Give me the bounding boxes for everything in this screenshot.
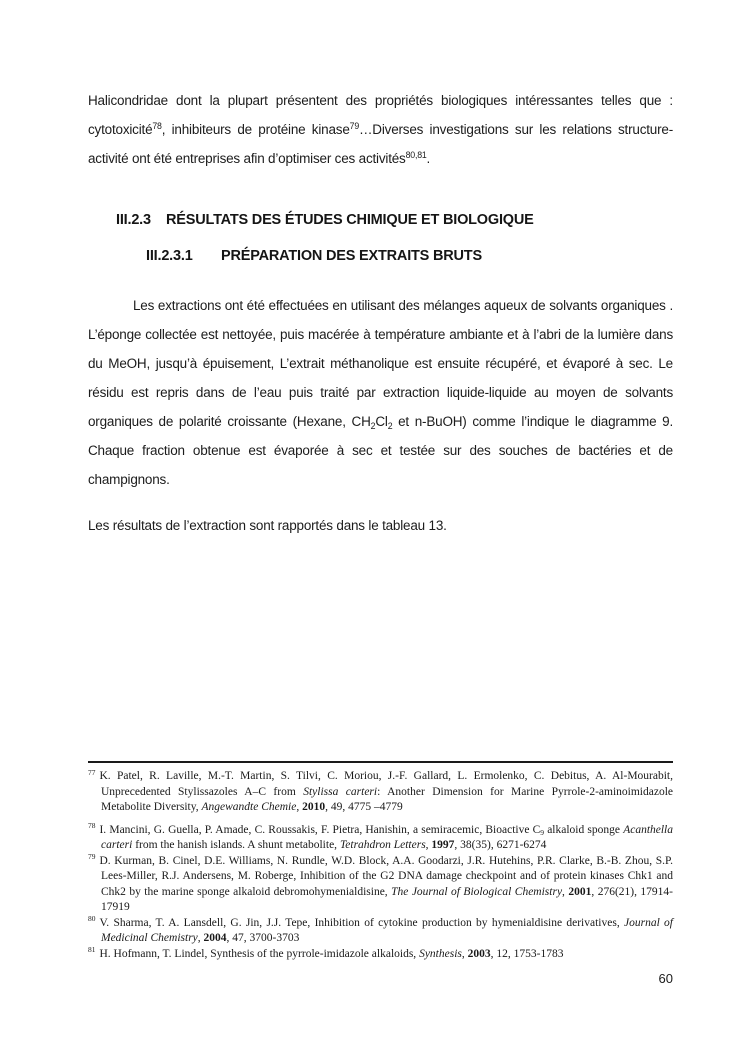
footnote-marker: 81 (88, 945, 95, 954)
footnote-text: D. Kurman, B. Cinel, D.E. Williams, N. R… (99, 855, 673, 914)
page-number: 60 (613, 971, 673, 986)
footnote-text: V. Sharma, T. A. Lansdell, G. Jin, J.J. … (99, 917, 673, 945)
footnote-marker: 77 (88, 768, 95, 777)
footnote-text: K. Patel, R. Laville, M.-T. Martin, S. T… (99, 770, 673, 813)
footnote-text: I. Mancini, G. Guella, P. Amade, C. Rous… (99, 824, 673, 852)
footnote-marker: 80 (88, 914, 95, 923)
paragraph-extraction: Les extractions ont été effectuées en ut… (88, 291, 673, 494)
subsection-heading: III.2.3.1PRÉPARATION DES EXTRAITS BRUTS (146, 248, 482, 264)
footnote-80: 80V. Sharma, T. A. Lansdell, G. Jin, J.J… (88, 916, 673, 947)
subsection-title: PRÉPARATION DES EXTRAITS BRUTS (221, 248, 482, 264)
footnote-79: 79D. Kurman, B. Cinel, D.E. Williams, N.… (88, 854, 673, 916)
paragraph-intro: Halicondridae dont la plupart présentent… (88, 86, 673, 173)
footnote-marker: 79 (88, 852, 95, 861)
subsection-number: III.2.3.1 (146, 248, 221, 264)
section-title: RÉSULTATS DES ÉTUDES CHIMIQUE ET BIOLOGI… (166, 212, 534, 228)
paragraph-results: Les résultats de l’extraction sont rappo… (88, 511, 673, 540)
footnote-text: H. Hofmann, T. Lindel, Synthesis of the … (99, 948, 563, 960)
footnote-separator (88, 761, 673, 763)
footnote-list: 77K. Patel, R. Laville, M.-T. Martin, S.… (88, 769, 673, 962)
section-heading: III.2.3RÉSULTATS DES ÉTUDES CHIMIQUE ET … (116, 212, 534, 228)
footnote-77: 77K. Patel, R. Laville, M.-T. Martin, S.… (88, 769, 673, 816)
footnote-78: 78I. Mancini, G. Guella, P. Amade, C. Ro… (88, 823, 673, 854)
document-page: Halicondridae dont la plupart présentent… (0, 0, 745, 1053)
footnote-marker: 78 (88, 821, 95, 830)
footnote-81: 81H. Hofmann, T. Lindel, Synthesis of th… (88, 947, 673, 963)
section-number: III.2.3 (116, 212, 166, 228)
page-content: Halicondridae dont la plupart présentent… (88, 0, 673, 1053)
